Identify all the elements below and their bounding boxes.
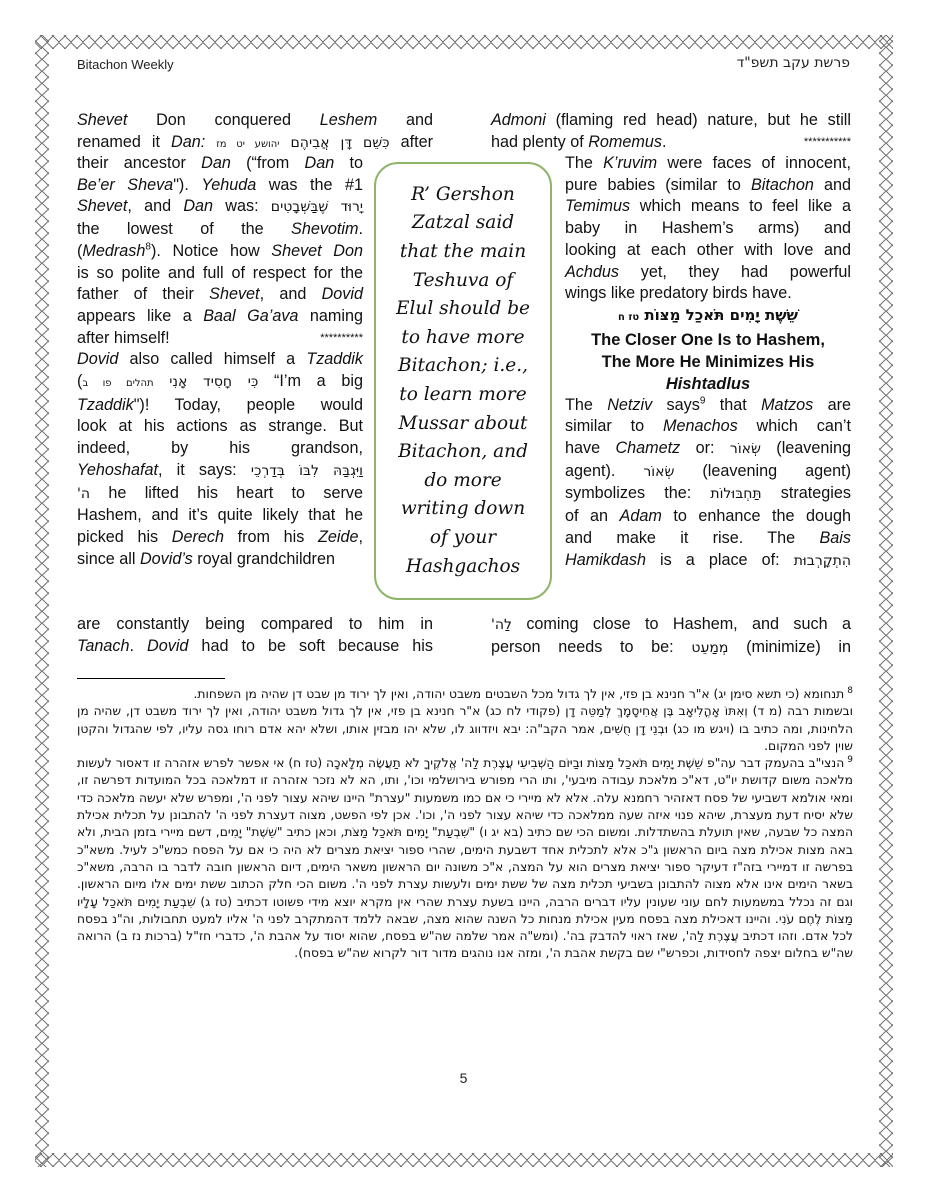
text-line: the lowest of the Shevotim.	[77, 219, 363, 241]
callout-line: that the main	[396, 238, 530, 267]
text-line: their ancestor Dan (“from Dan to	[77, 153, 363, 175]
text-line: Be’er Sheva"). Yehuda was the #1	[77, 175, 363, 197]
callout-line: Mussar about	[396, 410, 530, 439]
text-line: baby in Hashem’s arms) and	[565, 218, 851, 240]
callout-line: Elul should be	[396, 295, 530, 324]
text-line: appears like a Baal Ga’ava naming	[77, 306, 363, 328]
text-line: indeed, by his grandson,	[77, 438, 363, 460]
section-separator: ***********	[804, 132, 851, 154]
callout-line: Bitachon; i.e.,	[396, 352, 530, 381]
right-column-wrapped: The K’ruvim were faces of innocent, pure…	[565, 153, 851, 572]
header-parsha-title: פרשת עקב תשפ"ד	[737, 55, 850, 71]
text-line: Yehoshafat, it says: וַיִּגְבַּהּ לִבּוֹ…	[77, 460, 363, 483]
section-heading: The Closer One Is to Hashem, The More He…	[565, 329, 851, 395]
text-line: since all Dovid’s royal grandchildren	[77, 549, 363, 571]
page-number: 5	[0, 1070, 927, 1086]
footnote-divider	[77, 678, 225, 679]
text-line: renamed it Dan: כִּשֵׁם דָּן אֲבִיהֶם יה…	[77, 132, 433, 156]
text-line: wings like predatory birds have.	[565, 283, 851, 305]
text-line: Shevet Don conquered Leshem and	[77, 110, 433, 132]
left-column-top: Shevet Don conquered Leshem and renamed …	[77, 110, 433, 155]
callout-line: of your	[396, 524, 530, 553]
text-line: לַה' coming close to Hashem, and such a	[491, 614, 851, 637]
footnote-number: 9	[847, 755, 853, 765]
text-line: Admoni (flaming red head) nature, but he…	[491, 110, 851, 132]
text-line: Temimus which means to feel like a	[565, 196, 851, 218]
text-line: pure babies (similar to Bitachon and	[565, 175, 851, 197]
callout-line: Hashgachos	[396, 553, 530, 582]
border-left	[35, 35, 49, 1167]
footnote-ref-9[interactable]: 9	[700, 395, 706, 406]
callout-line: to learn more	[396, 381, 530, 410]
text-line: ה' he lifted his heart to serve	[77, 483, 363, 506]
right-column-bottom: לַה' coming close to Hashem, and such a …	[491, 614, 851, 659]
text-line: agent). שְׂאוֹר (leavening agent)	[565, 461, 851, 484]
text-line: and make it rise. The Bais	[565, 528, 851, 550]
footnotes-section: 8תנחומא (כי תשא סימן יג) א"ר חנינא בן פז…	[77, 686, 853, 963]
callout-quote: R’ Gershon Zatzal said that the main Tes…	[390, 181, 536, 581]
footnote-8-continued: ובשמות רבה (מ ד) וְאִתּוֹ אָהֳלִיאָב בֶּ…	[77, 703, 853, 755]
text-line: Tanach. Dovid had to be soft because his	[77, 636, 433, 658]
footnote-number: 8	[847, 686, 853, 696]
section-heading-hebrew: שֵׁשֶׁת יָמִים תֹּאכַל מַצּוֹת טז ח	[565, 305, 851, 329]
text-line: Tzaddik")! Today, people would	[77, 395, 363, 417]
text-line: Hamikdash is a place of: הִתְקָרְבוּת	[565, 550, 851, 573]
heading-line: The More He Minimizes His	[565, 351, 851, 373]
text-line: The Netziv says9 that Matzos are	[565, 395, 851, 417]
text-line: The K’ruvim were faces of innocent,	[565, 153, 851, 175]
left-column-wrapped: their ancestor Dan (“from Dan to Be’er S…	[77, 153, 363, 570]
footnote-text: תנחומא (כי תשא סימן יג) א"ר חנינא בן פזי…	[193, 687, 844, 701]
callout-line: to have more	[396, 324, 530, 353]
right-column-top: Admoni (flaming red head) nature, but he…	[491, 110, 851, 153]
callout-line: Zatzal said	[396, 209, 530, 238]
text-line: picked his Derech from his Zeide,	[77, 527, 363, 549]
text-line: of an Adam to enhance the dough	[565, 506, 851, 528]
text-line: Shevet, and Dan was: יָרוּד שֶׁבַּשְּׁבָ…	[77, 196, 363, 219]
section-separator: **********	[320, 328, 363, 350]
callout-line: R’ Gershon	[396, 181, 530, 210]
header-publication-title: Bitachon Weekly	[77, 57, 174, 72]
text-line: look at his actions as strange. But	[77, 416, 363, 438]
text-line: after himself! **********	[77, 328, 363, 350]
border-bottom	[35, 1153, 893, 1167]
callout-line: writing down	[396, 495, 530, 524]
text-line: father of their Shevet, and Dovid	[77, 284, 363, 306]
text-line: are constantly being compared to him in	[77, 614, 433, 636]
text-line: (כִּי חָסִיד אָנִי תהלים פו ב “I’m a big	[77, 371, 363, 395]
border-top	[35, 35, 893, 49]
quote-callout-box: R’ Gershon Zatzal said that the main Tes…	[374, 162, 552, 600]
text-line: person needs to be: מְמַעֵט (minimize) i…	[491, 637, 851, 660]
border-right	[879, 35, 893, 1167]
text-line: have Chametz or: שְׂאוֹר (leavening	[565, 438, 851, 461]
text-line: looking at each other with love and	[565, 240, 851, 262]
text-line: symbolizes the: תַּחְבּוּלוֹת strategies	[565, 483, 851, 506]
text-line: (Medrash8). Notice how Shevet Don	[77, 241, 363, 263]
callout-line: do more	[396, 467, 530, 496]
footnote-9: 9הנצי"ב בהעמק דבר עה"פ שֵׁשֶׁת יָמִים תֹ…	[77, 755, 853, 963]
text-line: similar to Menachos which can’t	[565, 416, 851, 438]
footnote-text: הנצי"ב בהעמק דבר עה"פ שֵׁשֶׁת יָמִים תֹּ…	[77, 756, 853, 960]
footnote-8: 8תנחומא (כי תשא סימן יג) א"ר חנינא בן פז…	[77, 686, 853, 703]
heading-line: Hishtadlus	[565, 373, 851, 395]
text-line: Achdus yet, they had powerful	[565, 262, 851, 284]
callout-line: Teshuva of	[396, 267, 530, 296]
left-column-bottom: are constantly being compared to him in …	[77, 614, 433, 657]
heading-line: The Closer One Is to Hashem,	[565, 329, 851, 351]
text-line: Hashem, and it’s quite likely that he	[77, 505, 363, 527]
text-line: Dovid also called himself a Tzaddik	[77, 349, 363, 371]
text-line: had plenty of Romemus. ***********	[491, 132, 851, 154]
callout-line: Bitachon, and	[396, 438, 530, 467]
footnote-ref-8[interactable]: 8	[145, 241, 151, 252]
text-line: is so polite and full of respect for the	[77, 263, 363, 285]
